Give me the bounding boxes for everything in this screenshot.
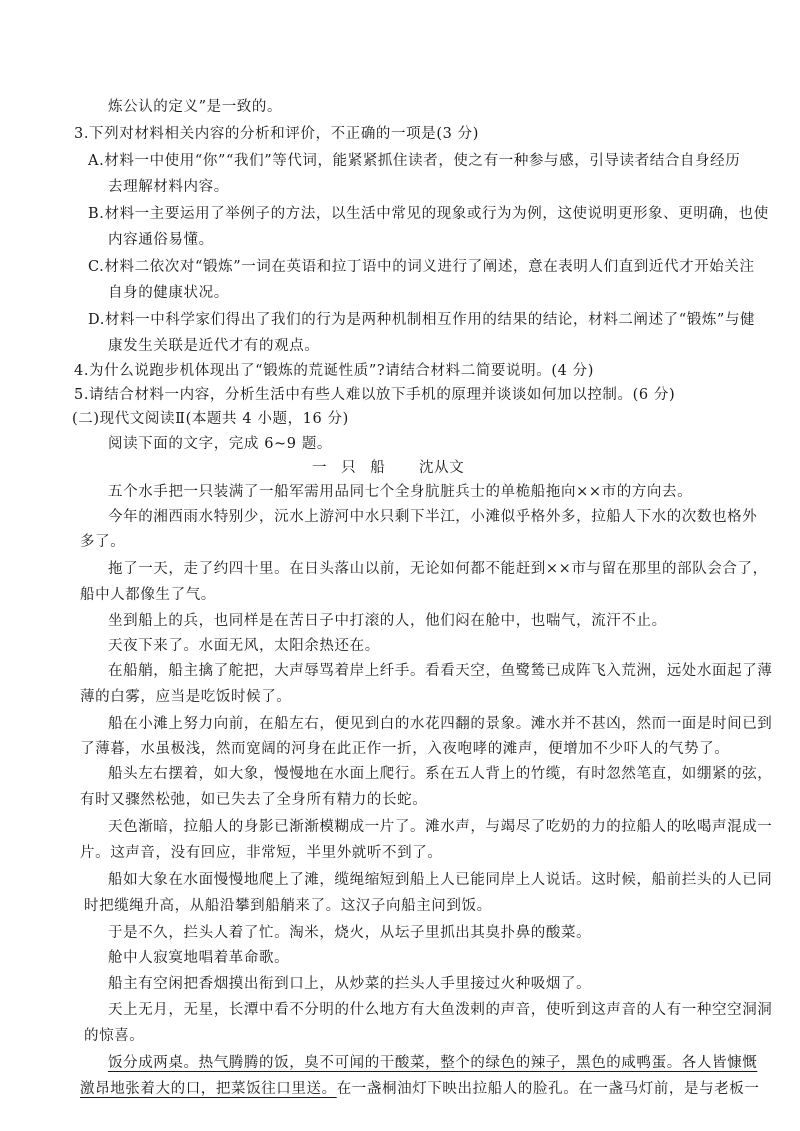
question-5: 5.请结合材料一内容，分析生活中有些人难以放下手机的原理并谈谈如何加以控制。(6…	[74, 384, 675, 406]
option-a-line1: A.材料一中使用“你”“我们”等代词，能紧紧抓住读者，使之有一种参与感，引导读者…	[88, 150, 740, 172]
paragraph-line: 舱中人寂寞地唱着革命歌。	[108, 947, 289, 969]
option-c-line1: C.材料二依次对“锻炼”一词在英语和拉丁语中的词义进行了阐述，意在表明人们直到近…	[88, 256, 755, 278]
option-b-line1: B.材料一主要运用了举例子的方法，以生活中常见的现象或行为为例，这使说明更形象、…	[88, 203, 769, 225]
option-d-line1: D.材料一中科学家们得出了我们的行为是两种机制相互作用的结果的结论，材料二阐述了…	[88, 309, 755, 331]
paragraph-line: 薄的白雾，应当是吃饭时候了。	[80, 686, 291, 708]
paragraph-line: 坐到船上的兵，也同样是在苦日子中打滚的人，他们闷在舱中，也喘气，流汗不止。	[108, 610, 667, 632]
paragraph-line: 拖了一天，走了约四十里。在日头落山以前，无论如何都不能赶到××市与留在那里的部队…	[108, 558, 768, 580]
paragraph-line: 天上无月，无星，长潭中看不分明的什么地方有大鱼泼剌的声音，使听到这声音的人有一种…	[108, 999, 772, 1021]
paragraph-line: 船在小滩上努力向前，在船左右，便见到白的水花四翻的景象。滩水并不甚凶，然而一面是…	[108, 713, 772, 735]
option-d-line2: 康发生关联是近代才有的观点。	[108, 335, 319, 357]
paragraph-line: 片。这声音，没有回应，非常短，半里外就听不到了。	[80, 842, 442, 864]
paragraph-line: 的惊喜。	[84, 1025, 144, 1047]
paragraph-line: 船头左右摆着，如大象，慢慢地在水面上爬行。系在五人背上的竹缆，有时忽然笔直，如绷…	[108, 763, 772, 785]
paragraph-line: 于是不久，拦头人着了忙。淘米，烧火，从坛子里抓出其臭扑鼻的酸菜。	[108, 922, 591, 944]
paragraph-line: 船主有空闲把香烟摸出衔到口上，从炒菜的拦头人手里接过火种吸烟了。	[108, 973, 591, 995]
underlined-passage-line1: 饭分成两桌。热气腾腾的饭，臭不可闻的干酸菜，整个的绿色的辣子，黑色的咸鸭蛋。各人…	[108, 1052, 757, 1074]
story-author: 沈从文	[419, 457, 464, 479]
paragraph-line: 时把缆绳升高，从船沿攀到船艄来了。这汉子向船主问到饭。	[84, 895, 492, 917]
paragraph-line: 船如大象在水面慢慢地爬上了滩，缆绳缩短到船上人已能同岸上人说话。这时候，船前拦头…	[108, 869, 772, 891]
paragraph-continuation: 在一盏桐油灯下映出拉船人的脸孔。在一盏马灯前，是与老板一	[337, 1081, 760, 1097]
underlined-passage-line2: 激昂地张着大的口，把菜饭往口里送。	[80, 1081, 337, 1097]
paragraph-line: 五个水手把一只装满了一船军需用品同七个全身肮脏兵士的单桅船拖向××市的方向去。	[108, 481, 692, 503]
option-b-line2: 内容通俗易懂。	[108, 229, 214, 251]
question-3-stem: 3.下列对材料相关内容的分析和评价，不正确的一项是(3 分)	[74, 123, 479, 145]
paragraph-line: 多了。	[80, 531, 125, 553]
paragraph-line: 了薄暮，水虽极浅，然而宽阔的河身在此正作一折，入夜咆哮的滩声，便增加不少吓人的气…	[80, 738, 729, 760]
reading-instruction: 阅读下面的文字，完成 6~9 题。	[108, 433, 332, 455]
paragraph-line: 天色渐暗，拉船人的身影已渐渐模糊成一片了。滩水声，与竭尽了吃奶的力的拉船人的吆喝…	[108, 816, 772, 838]
option-a-line2: 去理解材料内容。	[108, 176, 229, 198]
final-paragraph-line2: 激昂地张着大的口，把菜饭往口里送。在一盏桐油灯下映出拉船人的脸孔。在一盏马灯前，…	[80, 1078, 760, 1100]
paragraph-line: 船中人都像生了气。	[80, 584, 216, 606]
paragraph-line: 天夜下来了。水面无风，太阳余热还在。	[108, 635, 380, 657]
question-4: 4.为什么说跑步机体现出了“锻炼的荒诞性质”?请结合材料二简要说明。(4 分)	[74, 360, 594, 382]
paragraph-line: 有时又骤然松弛，如已失去了全身所有精力的长蛇。	[80, 789, 427, 811]
story-title: 一 只 船	[312, 457, 390, 479]
paragraph-line: 今年的湘西雨水特别少，沅水上游河中水只剩下半江，小滩似乎格外多，拉船人下水的次数…	[108, 506, 757, 528]
continuation-text: 炼公认的定义”是一致的。	[108, 96, 282, 118]
option-c-line2: 自身的健康状况。	[108, 282, 229, 304]
paragraph-line: 在船艄，船主擒了舵把，大声辱骂着岸上纤手。看看天空，鱼鹭鸶已成阵飞入荒洲，远处水…	[108, 660, 772, 682]
section-heading: (二)现代文阅读Ⅱ(本题共 4 小题，16 分)	[72, 408, 349, 430]
